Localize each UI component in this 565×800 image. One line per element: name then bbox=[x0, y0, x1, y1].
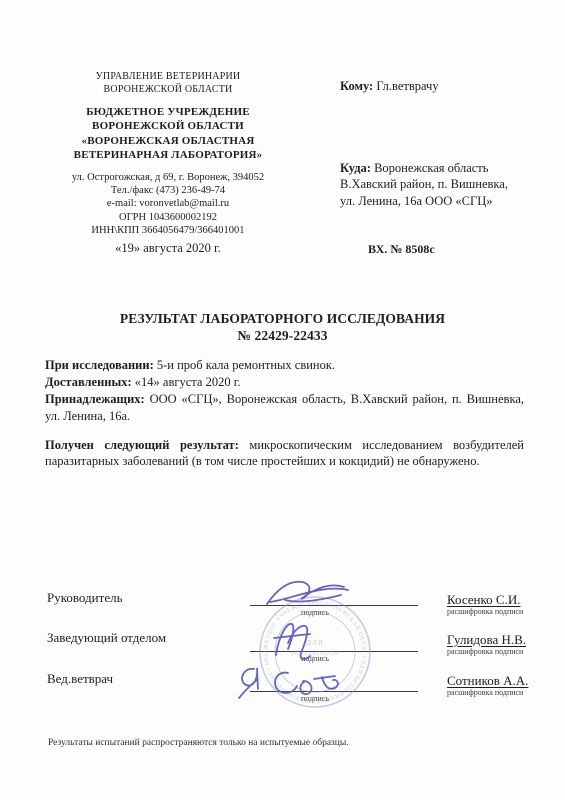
where-line3: ул. Ленина, 16а ООО «СГЦ» bbox=[340, 193, 545, 209]
to-value: Гл.ветврачу bbox=[376, 79, 438, 93]
title-line1: РЕЗУЛЬТАТ ЛАБОРАТОРНОГО ИССЛЕДОВАНИЯ bbox=[0, 311, 565, 328]
research-value: 5-и проб кала ремонтных свинок. bbox=[154, 358, 335, 372]
signature-role-2: Заведующий отделом bbox=[47, 630, 166, 646]
signature-line-1 bbox=[250, 605, 418, 606]
signature-role-1: Руководитель bbox=[47, 590, 123, 606]
stamp-ring-text: ВОРОНЕЖСКАЯ ОБЛАСТНАЯ ВЕТЕРИНАРНАЯ ЛАБОР… bbox=[230, 555, 366, 704]
contact-block: ул. Острогожская, д 69, г. Воронеж, 3940… bbox=[28, 171, 308, 238]
authority-name: УПРАВЛЕНИЕ ВЕТЕРИНАРИИ ВОРОНЕЖСКОЙ ОБЛАС… bbox=[28, 70, 308, 96]
signature-line-2 bbox=[250, 651, 418, 652]
delivered-label: Доставленных: bbox=[45, 375, 132, 389]
stamp-center-line1: ДЛЯ bbox=[306, 639, 323, 647]
signature-name-3: Сотников А.А. bbox=[447, 673, 559, 689]
result-label: Получен следующий результат: bbox=[45, 438, 239, 452]
institution-line3: «ВОРОНЕЖСКАЯ ОБЛАСТНАЯ bbox=[28, 134, 308, 148]
document-date: «19» августа 2020 г. bbox=[28, 241, 308, 256]
where-label: Куда: bbox=[340, 161, 371, 175]
email-line: e-mail: voronvetlab@mail.ru bbox=[28, 197, 308, 210]
signature-decode-2: расшифровка подписи bbox=[447, 647, 565, 656]
footer-note: Результаты испытаний распространяются то… bbox=[48, 738, 518, 748]
signature-decode-1: расшифровка подписи bbox=[447, 607, 565, 616]
to-label: Кому: bbox=[340, 79, 373, 93]
signature-decode-3: расшифровка подписи bbox=[447, 688, 565, 697]
authority-line2: ВОРОНЕЖСКОЙ ОБЛАСТИ bbox=[28, 83, 308, 96]
signature-name-1: Косенко С.И. bbox=[447, 592, 559, 608]
signature-role-3: Вед.ветврач bbox=[47, 671, 113, 687]
signature-caption-2: подпись bbox=[250, 654, 380, 663]
phone-line: Тел./факс (473) 236-49-74 bbox=[28, 184, 308, 197]
recipient-to: Кому: Гл.ветврачу bbox=[340, 79, 540, 94]
recipient-where: Куда: Воронежская область В.Хавский райо… bbox=[340, 160, 545, 209]
belongs-line: Принадлежащих: ООО «СГЦ», Воронежская об… bbox=[45, 391, 524, 425]
signature-caption-1: подпись bbox=[250, 608, 380, 617]
signature-name-2: Гулидова Н.В. bbox=[447, 632, 559, 648]
delivered-value: «14» августа 2020 г. bbox=[132, 375, 241, 389]
result-body: При исследовании: 5-и проб кала ремонтны… bbox=[45, 357, 524, 470]
institution-line2: ВОРОНЕЖСКОЙ ОБЛАСТИ bbox=[28, 119, 308, 133]
signature-line-3 bbox=[250, 691, 418, 692]
signature-caption-3: подпись bbox=[250, 694, 380, 703]
inn-kpp-line: ИНН\КПП 3664056479/366401001 bbox=[28, 224, 308, 237]
title-line2: № 22429-22433 bbox=[0, 328, 565, 345]
organization-block: УПРАВЛЕНИЕ ВЕТЕРИНАРИИ ВОРОНЕЖСКОЙ ОБЛАС… bbox=[28, 70, 308, 237]
authority-line1: УПРАВЛЕНИЕ ВЕТЕРИНАРИИ bbox=[28, 70, 308, 83]
handwritten-signature-1 bbox=[267, 582, 348, 604]
ogrn-line: ОГРН 1043600002192 bbox=[28, 211, 308, 224]
result-line: Получен следующий результат: микроскопич… bbox=[45, 437, 524, 471]
belongs-label: Принадлежащих: bbox=[45, 392, 145, 406]
research-label: При исследовании: bbox=[45, 358, 154, 372]
delivered-line: Доставленных: «14» августа 2020 г. bbox=[45, 374, 524, 391]
where-line2: В.Хавский район, п. Вишневка, bbox=[340, 176, 545, 192]
svg-text:ВОРОНЕЖСКАЯ ОБЛАСТНАЯ ВЕТЕРИНА: ВОРОНЕЖСКАЯ ОБЛАСТНАЯ ВЕТЕРИНАРНАЯ ЛАБОР… bbox=[230, 555, 366, 704]
institution-name: БЮДЖЕТНОЕ УЧРЕЖДЕНИЕ ВОРОНЕЖСКОЙ ОБЛАСТИ… bbox=[28, 105, 308, 161]
round-stamp-icon: ВОРОНЕЖСКАЯ ОБЛАСТНАЯ ВЕТЕРИНАРНАЯ ЛАБОР… bbox=[230, 555, 370, 707]
where-line1: Куда: Воронежская область bbox=[340, 160, 545, 176]
address-line: ул. Острогожская, д 69, г. Воронеж, 3940… bbox=[28, 171, 308, 184]
institution-line1: БЮДЖЕТНОЕ УЧРЕЖДЕНИЕ bbox=[28, 105, 308, 119]
incoming-number: ВХ. № 8508с bbox=[368, 242, 435, 257]
where-value1: Воронежская область bbox=[374, 161, 488, 175]
page-title: РЕЗУЛЬТАТ ЛАБОРАТОРНОГО ИССЛЕДОВАНИЯ № 2… bbox=[0, 311, 565, 345]
institution-line4: ВЕТЕРИНАРНАЯ ЛАБОРАТОРИЯ» bbox=[28, 148, 308, 162]
document-page: УПРАВЛЕНИЕ ВЕТЕРИНАРИИ ВОРОНЕЖСКОЙ ОБЛАС… bbox=[0, 0, 565, 800]
research-line: При исследовании: 5-и проб кала ремонтны… bbox=[45, 357, 524, 374]
